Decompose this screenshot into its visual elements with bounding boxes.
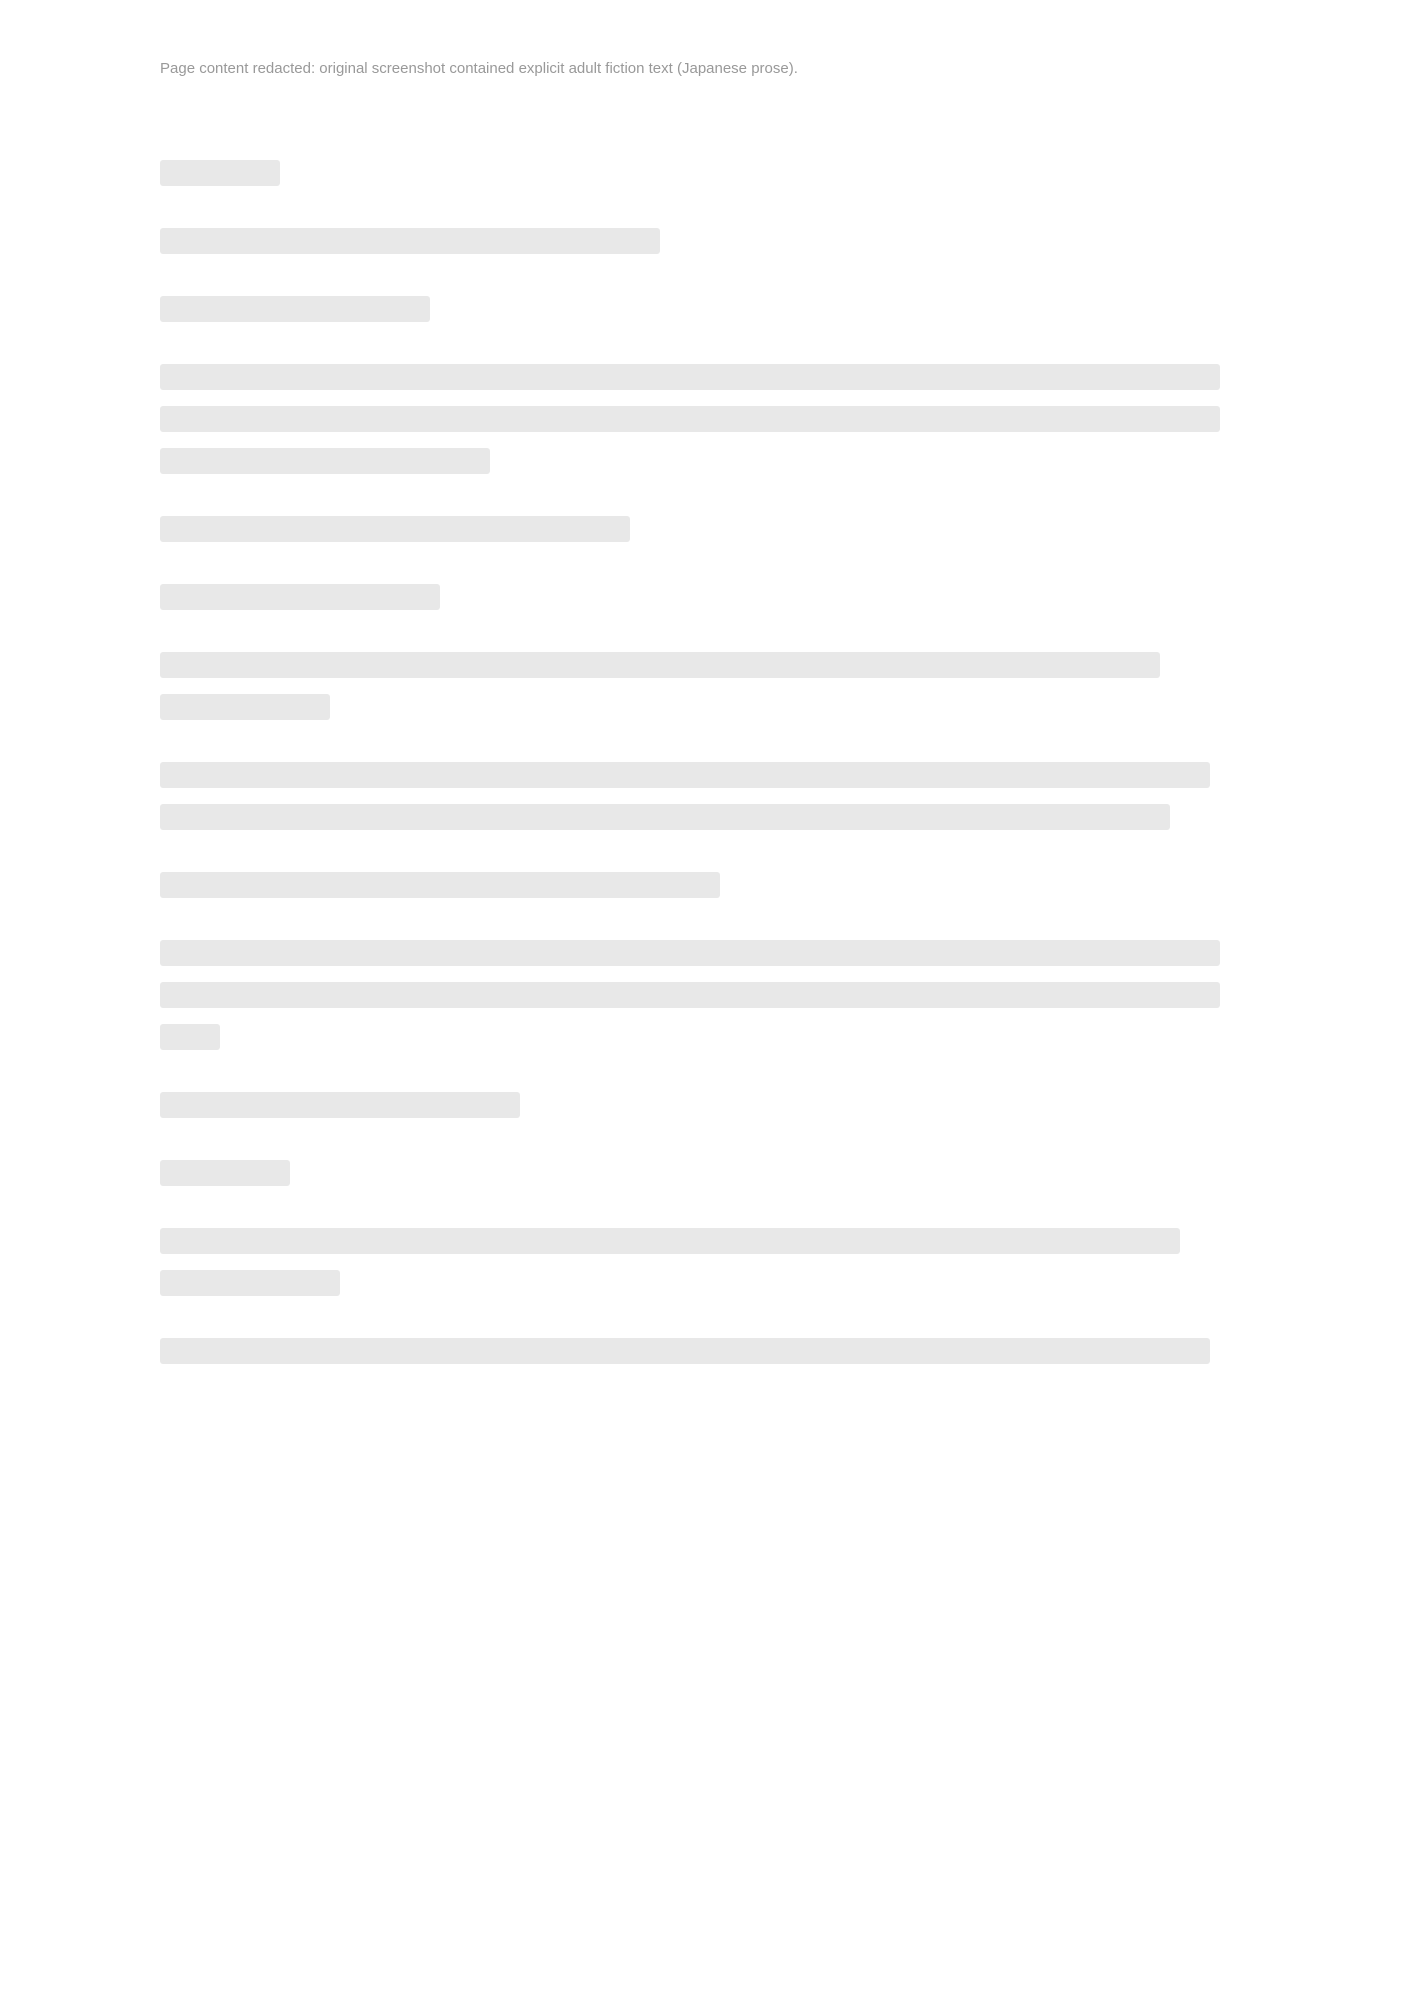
redacted-text-line <box>160 652 1160 678</box>
redacted-text-line <box>160 516 630 542</box>
paragraph-redacted <box>160 584 1260 610</box>
redaction-notice: Page content redacted: original screensh… <box>160 60 1260 77</box>
paragraph-redacted <box>160 1160 1260 1186</box>
paragraph-redacted <box>160 652 1260 720</box>
redacted-text-line <box>160 228 660 254</box>
paragraph-redacted <box>160 872 1260 898</box>
redacted-text-line <box>160 448 490 474</box>
redacted-text-line <box>160 694 330 720</box>
redacted-text-line <box>160 804 1170 830</box>
paragraph-redacted <box>160 516 1260 542</box>
paragraph-redacted <box>160 762 1260 830</box>
document-page: Page content redacted: original screensh… <box>0 0 1415 2000</box>
paragraph-redacted <box>160 160 1260 186</box>
redacted-text-line <box>160 1270 340 1296</box>
paragraph-redacted <box>160 1228 1260 1296</box>
paragraph-redacted <box>160 1092 1260 1118</box>
redacted-text-line <box>160 296 430 322</box>
redacted-text-line <box>160 940 1220 966</box>
paragraph-redacted <box>160 228 1260 254</box>
redacted-text-line <box>160 872 720 898</box>
redacted-text-line <box>160 1024 220 1050</box>
paragraph-redacted <box>160 296 1260 322</box>
redacted-text-line <box>160 1092 520 1118</box>
redacted-text-line <box>160 584 440 610</box>
redacted-text-line <box>160 1338 1210 1364</box>
redacted-text-line <box>160 1160 290 1186</box>
paragraph-redacted <box>160 1338 1260 1364</box>
paragraph-redacted <box>160 940 1260 1050</box>
redacted-text-line <box>160 160 280 186</box>
redacted-text-line <box>160 982 1220 1008</box>
redacted-text-line <box>160 762 1210 788</box>
redacted-text-line <box>160 406 1220 432</box>
redacted-text-line <box>160 364 1220 390</box>
redacted-text-line <box>160 1228 1180 1254</box>
page-content <box>160 160 1260 1406</box>
paragraph-redacted <box>160 364 1260 474</box>
